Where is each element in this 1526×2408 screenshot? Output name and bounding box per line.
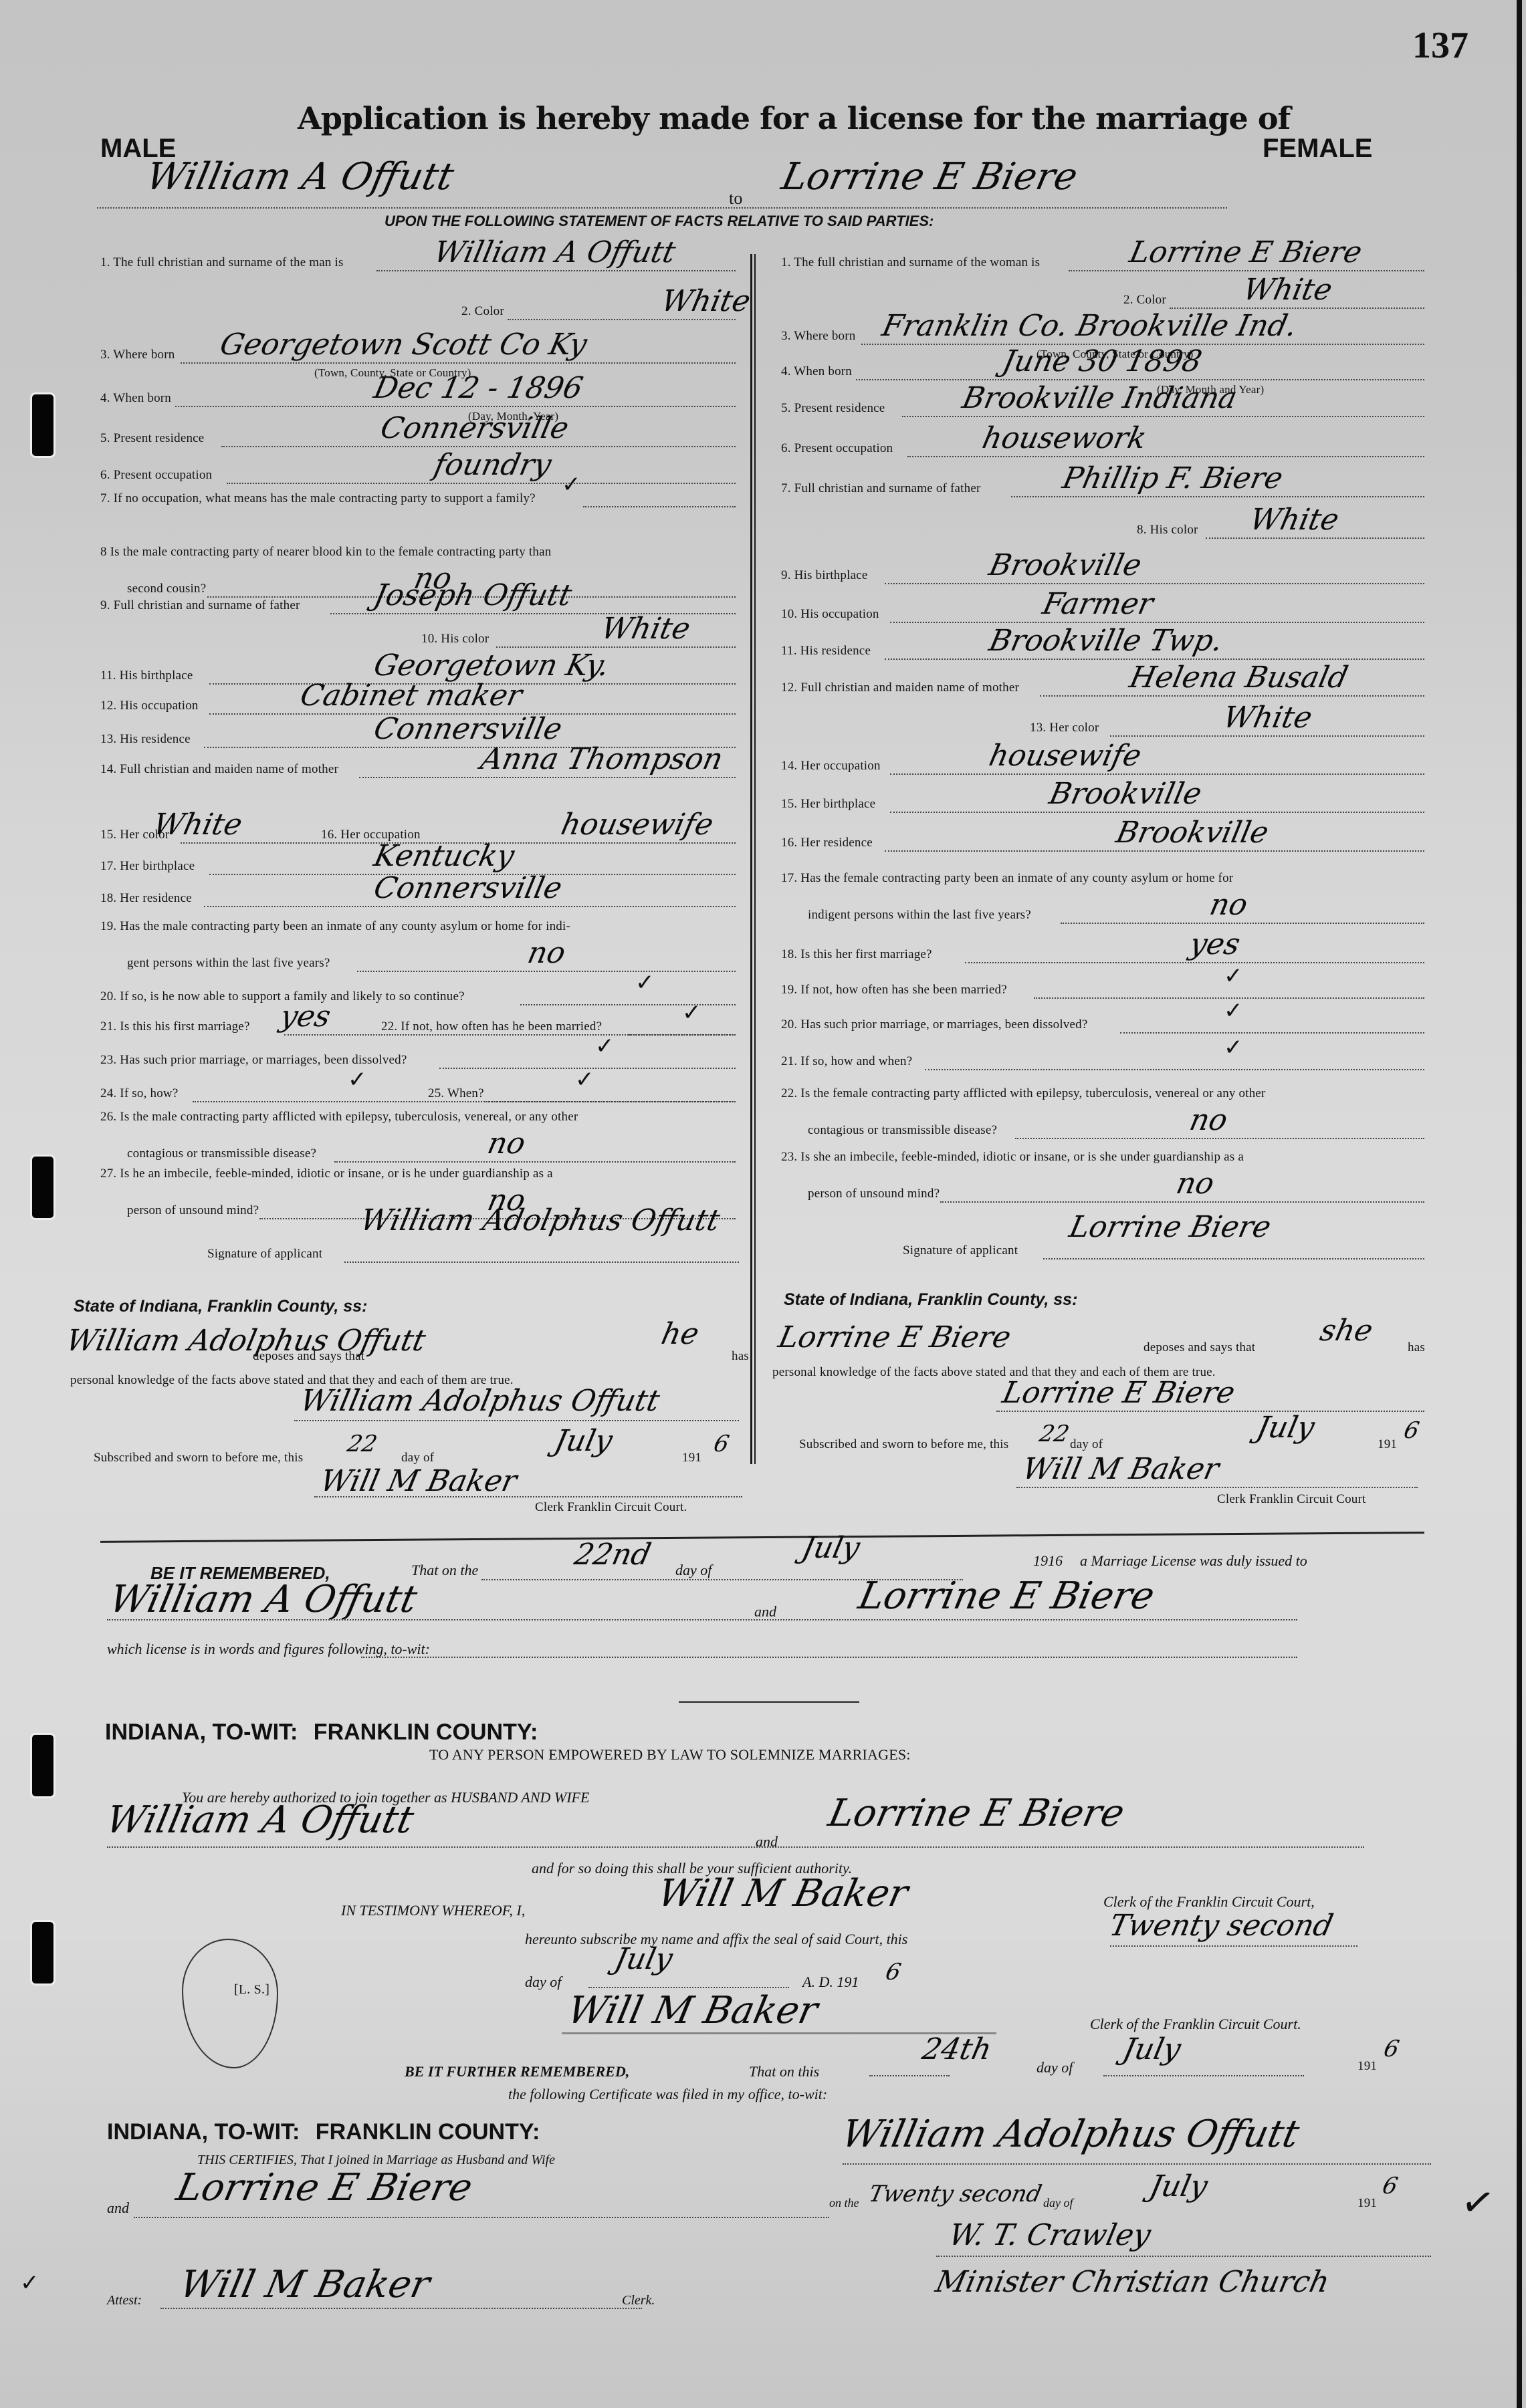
male-q18-value: Connersville	[371, 871, 565, 905]
male-q9-value: Joseph Offutt	[371, 578, 575, 612]
male-q17-value: Kentucky	[371, 839, 518, 873]
male-q18-label: 18. Her residence	[100, 891, 192, 906]
male-q5-label: 5. Present residence	[100, 431, 204, 446]
column-divider	[750, 254, 752, 1464]
affidavit-male-signature: William Adolphus Offutt	[298, 1384, 663, 1418]
female-q20-label: 20. Has such prior marriage, or marriage…	[781, 1017, 1087, 1032]
affidavit-line	[996, 1411, 1424, 1412]
header-line	[97, 207, 1227, 209]
male-q1-value: William A Offutt	[431, 235, 679, 269]
male-q4-label: 4. When born	[100, 391, 171, 406]
affidavit-female-dayof: day of	[1070, 1437, 1103, 1452]
remembered-dayof: day of	[675, 1562, 712, 1579]
certificate-heading: INDIANA, TO-WIT: FRANKLIN COUNTY:	[107, 2119, 540, 2145]
fill-line	[965, 962, 1424, 963]
fill-line	[344, 1261, 739, 1263]
remembered-month: July	[799, 1531, 863, 1565]
affidavit-female-heading: State of Indiana, Franklin County, ss:	[784, 1290, 1077, 1310]
affidavit-male-text1: deposes and says that	[253, 1349, 364, 1364]
male-q26-value: no	[485, 1126, 529, 1161]
affidavit-male-has: has	[732, 1349, 749, 1364]
fill-line	[181, 362, 736, 364]
male-signature-label: Signature of applicant	[207, 1247, 322, 1261]
female-q2-value: White	[1240, 273, 1335, 307]
fill-line	[376, 270, 736, 271]
license-to-any: TO ANY PERSON EMPOWERED BY LAW TO SOLEMN…	[429, 1746, 911, 1764]
further-day: 24th	[919, 2032, 995, 2066]
male-q17-label: 17. Her birthplace	[100, 859, 195, 874]
female-q10-value: Farmer	[1040, 587, 1156, 621]
male-q9-label: 9. Full christian and surname of father	[100, 598, 300, 613]
female-q4-value: June 30 1898	[1000, 344, 1205, 378]
female-q9-value: Brookville	[986, 548, 1145, 582]
further-month: July	[1120, 2032, 1184, 2066]
male-q11-value: Georgetown Ky.	[371, 648, 613, 683]
fill-line	[885, 850, 1424, 852]
remembered-issued: a Marriage License was duly issued to	[1080, 1552, 1307, 1570]
certificate-male: William Adolphus Offutt	[838, 2113, 1303, 2156]
affidavit-male-year: 191	[682, 1451, 701, 1465]
male-q8-label: 8 Is the male contracting party of neare…	[100, 545, 551, 560]
fill-line	[583, 506, 736, 507]
fill-line	[520, 1004, 736, 1005]
male-q21-value: yes	[278, 999, 334, 1034]
female-q5-label: 5. Present residence	[781, 401, 885, 416]
binder-tab	[32, 1735, 53, 1796]
certificate-month: July	[1147, 2169, 1211, 2203]
male-q16-value: housewife	[558, 808, 717, 842]
female-q6-label: 6. Present occupation	[781, 441, 893, 456]
certificate-female: Lorrine E Biere	[173, 2166, 476, 2209]
male-q20-label: 20. If so, is he now able to support a f…	[100, 989, 465, 1004]
fill-line	[485, 1101, 736, 1102]
male-q23-value: ✓	[595, 1033, 615, 1060]
male-q24-value: ✓	[348, 1066, 367, 1093]
certificate-clerk-signature: Will M Baker	[176, 2263, 433, 2306]
female-q22-value: no	[1187, 1103, 1231, 1137]
female-q17-value: no	[1207, 888, 1251, 922]
female-q12-label: 12. Full christian and maiden name of mo…	[781, 681, 1019, 695]
affidavit-female-year: 191	[1378, 1437, 1397, 1452]
female-q6-value: housework	[980, 421, 1150, 455]
check-icon: ✓	[20, 2270, 39, 2296]
affidavit-female-month: July	[1254, 1411, 1318, 1445]
affidavit-female-sworn: Subscribed and sworn to before me, this	[799, 1437, 1008, 1452]
female-q18-value: yes	[1187, 927, 1243, 961]
male-q13-value: Connersville	[371, 712, 565, 746]
fill-line	[221, 446, 736, 447]
affidavit-male-dayof: day of	[401, 1451, 434, 1465]
male-q27-label: 27. Is he an imbecile, feeble-minded, id…	[100, 1167, 553, 1181]
male-q14-label: 14. Full christian and maiden name of mo…	[100, 762, 338, 777]
fill-line	[204, 906, 736, 907]
male-q12-label: 12. His occupation	[100, 699, 199, 713]
affidavit-female-clerk-signature: Will M Baker	[1020, 1452, 1222, 1486]
female-q15-value: Brookville	[1047, 777, 1205, 811]
male-q13-label: 13. His residence	[100, 732, 191, 747]
binder-tab	[32, 1157, 53, 1218]
fill-line	[890, 773, 1424, 775]
female-q3-value: Franklin Co. Brookville Ind.	[879, 309, 1300, 343]
fill-line	[496, 646, 736, 648]
male-q20-value: ✓	[635, 969, 655, 996]
male-q7-label: 7. If no occupation, what means has the …	[100, 491, 536, 506]
female-label: FEMALE	[1263, 134, 1372, 164]
fill-line	[890, 812, 1424, 813]
female-q2-label: 2. Color	[1123, 293, 1166, 308]
affidavit-male-name: William Adolphus Offutt	[64, 1324, 429, 1358]
license-year-suffix: 6	[883, 1959, 903, 1985]
page-edge	[1517, 0, 1522, 2408]
affidavit-male-pronoun: he	[659, 1317, 702, 1351]
short-rule	[679, 1701, 859, 1703]
license-heading-left: INDIANA, TO-WIT:	[105, 1719, 298, 1745]
certificate-line	[134, 2217, 829, 2218]
affidavit-line	[294, 1420, 739, 1421]
application-title: Application is hereby made for a license…	[298, 100, 1290, 136]
affidavit-male-clerk-title: Clerk Franklin Circuit Court.	[535, 1500, 687, 1515]
affidavit-female-pronoun: she	[1317, 1314, 1376, 1348]
fill-line	[1120, 1032, 1424, 1034]
male-q6-value: foundry	[431, 448, 554, 482]
fill-line	[175, 406, 736, 407]
fill-line	[227, 483, 736, 484]
license-female: Lorrine E Biere	[825, 1792, 1128, 1835]
female-signature: Lorrine Biere	[1067, 1210, 1275, 1244]
fill-line	[885, 658, 1424, 660]
certificate-line	[160, 2308, 642, 2309]
male-q3-label: 3. Where born	[100, 348, 175, 362]
fill-line	[1015, 1138, 1424, 1139]
male-q10-value: White	[598, 612, 693, 646]
license-heading: INDIANA, TO-WIT: FRANKLIN COUNTY:	[105, 1719, 538, 1745]
further-line	[869, 2075, 950, 2076]
female-q7-value: Phillip F. Biere	[1060, 461, 1286, 495]
female-q18-label: 18. Is this her first marriage?	[781, 947, 932, 962]
section-separator	[100, 1532, 1424, 1543]
to-connector: to	[729, 189, 743, 209]
female-q20-value: ✓	[1224, 997, 1243, 1024]
certificate-year-suffix: 6	[1380, 2173, 1400, 2199]
female-q1-value: Lorrine E Biere	[1127, 235, 1366, 269]
male-q26-label2: contagious or transmissible disease?	[127, 1147, 316, 1161]
female-q13-value: White	[1220, 701, 1315, 735]
license-clerk-signature: Will M Baker	[564, 1989, 821, 2032]
female-q1-label: 1. The full christian and surname of the…	[781, 255, 1040, 270]
further-dayof: day of	[1037, 2059, 1073, 2076]
affidavit-male-year-suffix: 6	[712, 1431, 732, 1457]
further-following: the following Certificate was filed in m…	[508, 2086, 827, 2103]
female-q4-label: 4. When born	[781, 364, 852, 379]
certificate-year: 191	[1357, 2196, 1377, 2211]
female-q9-label: 9. His birthplace	[781, 568, 868, 583]
male-name-header: William A Offutt	[142, 155, 457, 199]
male-q19-label: 19. Has the male contracting party been …	[100, 919, 570, 934]
female-q3-label: 3. Where born	[781, 329, 855, 344]
fill-line	[1011, 496, 1424, 497]
certificate-clerk-label: Clerk.	[622, 2293, 655, 2308]
license-clerk-title: Clerk of the Franklin Circuit Court.	[1090, 2016, 1301, 2033]
affidavit-male-sworn: Subscribed and sworn to before me, this	[94, 1451, 303, 1465]
check-icon: ✓	[1457, 2177, 1499, 2229]
remembered-which: which license is in words and figures fo…	[107, 1641, 430, 1658]
fill-line	[1061, 923, 1424, 924]
female-q11-value: Brookville Twp.	[986, 624, 1226, 658]
certificate-heading-left: INDIANA, TO-WIT:	[107, 2119, 300, 2145]
license-line	[1110, 1945, 1357, 1947]
remembered-and: and	[754, 1603, 776, 1620]
male-q24-label: 24. If so, how?	[100, 1086, 178, 1101]
certificate-dayof: day of	[1043, 2196, 1073, 2210]
page-number: 137	[1412, 24, 1468, 67]
female-q22-label: 22. Is the female contracting party affl…	[781, 1086, 1266, 1101]
female-q22-label2: contagious or transmissible disease?	[808, 1123, 997, 1138]
female-q11-label: 11. His residence	[781, 644, 871, 658]
certificate-heading-right: FRANKLIN COUNTY:	[316, 2119, 540, 2145]
fill-line	[856, 379, 1424, 380]
male-q2-label: 2. Color	[461, 304, 504, 319]
remembered-male: William A Offutt	[106, 1578, 421, 1621]
certificate-line	[936, 2256, 1431, 2257]
column-divider	[754, 254, 756, 1464]
male-q3-value: Georgetown Scott Co Ky	[217, 328, 590, 362]
minister-signature: W. T. Crawley	[946, 2218, 1154, 2252]
male-q27-label2: person of unsound mind?	[127, 1203, 259, 1218]
further-that: That on this	[749, 2063, 819, 2080]
female-q7-label: 7. Full christian and surname of father	[781, 481, 981, 496]
clerk-line	[314, 1496, 742, 1497]
license-clerk: Will M Baker	[654, 1872, 911, 1915]
female-q23-label: 23. Is she an imbecile, feeble-minded, i…	[781, 1150, 1244, 1165]
male-q2-value: White	[659, 284, 754, 318]
affidavit-male-day: 22	[345, 1431, 380, 1457]
remembered-that: That on the	[411, 1562, 478, 1579]
male-q6-label: 6. Present occupation	[100, 468, 212, 483]
female-q16-label: 16. Her residence	[781, 836, 873, 850]
female-q14-label: 14. Her occupation	[781, 759, 881, 773]
fill-line	[1110, 735, 1424, 737]
affidavit-female-name: Lorrine E Biere	[776, 1320, 1014, 1354]
male-q1-label: 1. The full christian and surname of the…	[100, 255, 344, 270]
statement-subtitle: UPON THE FOLLOWING STATEMENT OF FACTS RE…	[385, 213, 934, 230]
affidavit-female-signature: Lorrine E Biere	[1000, 1376, 1238, 1410]
remembered-line	[361, 1657, 1297, 1658]
license-month: July	[612, 1942, 676, 1976]
male-q7-value: ✓	[562, 471, 581, 498]
fill-line	[629, 1034, 736, 1036]
female-signature-label: Signature of applicant	[903, 1243, 1018, 1258]
male-q11-label: 11. His birthplace	[100, 669, 193, 683]
fill-line	[359, 777, 736, 778]
fill-line	[508, 319, 736, 320]
male-q21-label: 21. Is this his first marriage?	[100, 1019, 250, 1034]
affidavit-female-year-suffix: 6	[1402, 1417, 1422, 1444]
male-q19-label2: gent persons within the last five years?	[127, 956, 330, 971]
license-heading-right: FRANKLIN COUNTY:	[314, 1719, 538, 1745]
remembered-female: Lorrine E Biere	[855, 1574, 1158, 1618]
binder-tab	[32, 394, 53, 456]
female-q8-value: White	[1247, 503, 1342, 537]
female-q23-label2: person of unsound mind?	[808, 1187, 940, 1201]
affidavit-male-clerk-signature: Will M Baker	[318, 1464, 520, 1498]
fill-line	[885, 583, 1424, 584]
fill-line	[925, 1069, 1424, 1070]
male-q4-value: Dec 12 - 1896	[371, 371, 586, 405]
fill-line	[334, 1161, 736, 1163]
male-q14-value: Anna Thompson	[478, 742, 726, 776]
fill-line	[907, 456, 1424, 457]
further-year: 191	[1357, 2059, 1377, 2074]
further-line	[1103, 2075, 1304, 2076]
male-q10-label: 10. His color	[421, 632, 489, 646]
clerk-line	[1016, 1487, 1418, 1488]
male-signature: William Adolphus Offutt	[358, 1203, 723, 1237]
license-male: William A Offutt	[102, 1798, 417, 1842]
affidavit-female-text1: deposes and says that	[1143, 1340, 1255, 1355]
female-q14-value: housewife	[986, 739, 1145, 773]
license-day-words: Twenty second	[1107, 1909, 1336, 1943]
remembered-line	[107, 1619, 1297, 1620]
year-prefix: 191	[1378, 1437, 1397, 1451]
certificate-line	[843, 2163, 1431, 2165]
fill-line	[890, 622, 1424, 623]
license-line	[107, 1846, 1364, 1848]
female-q15-label: 15. Her birthplace	[781, 797, 875, 812]
license-dayof: day of	[525, 1973, 561, 1991]
male-q8-label2: second cousin?	[127, 582, 206, 596]
male-q22-label: 22. If not, how often has he been marrie…	[381, 1019, 602, 1034]
female-q12-value: Helena Busald	[1127, 660, 1351, 695]
remembered-day: 22nd	[572, 1538, 654, 1572]
further-year-suffix: 6	[1382, 2036, 1402, 2062]
minister-title: Minister Christian Church	[933, 2265, 1333, 2299]
male-q26-label: 26. Is the male contracting party afflic…	[100, 1110, 578, 1124]
affidavit-female-day: 22	[1037, 1421, 1072, 1447]
female-q8-label: 8. His color	[1137, 523, 1198, 537]
year-prefix: 191	[682, 1451, 701, 1465]
male-q19-value: no	[525, 936, 569, 970]
female-q10-label: 10. His occupation	[781, 607, 879, 622]
male-q25-value: ✓	[575, 1066, 594, 1093]
remembered-year: 1916	[1033, 1552, 1063, 1570]
fill-line	[940, 1201, 1424, 1203]
female-q19-value: ✓	[1224, 963, 1243, 989]
certificate-on-the: on the	[829, 2196, 859, 2210]
fill-line	[1043, 1258, 1424, 1259]
affidavit-male-heading: State of Indiana, Franklin County, ss:	[74, 1297, 367, 1316]
male-q23-label: 23. Has such prior marriage, or marriage…	[100, 1053, 407, 1068]
court-seal	[182, 1939, 278, 2068]
male-q12-value: Cabinet maker	[298, 679, 526, 713]
female-q17-label: 17. Has the female contracting party bee…	[781, 871, 1233, 886]
affidavit-female-has: has	[1408, 1340, 1425, 1355]
seal-label: [L. S.]	[234, 1982, 269, 1998]
female-q23-value: no	[1174, 1167, 1218, 1201]
certificate-day-words: Twenty second	[867, 2181, 1045, 2207]
female-name-header: Lorrine E Biere	[778, 155, 1081, 199]
binder-tab	[32, 1922, 53, 1983]
license-hereunto: hereunto subscribe my name and affix the…	[525, 1931, 907, 1948]
fill-line	[1069, 270, 1424, 271]
affidavit-female-clerk-title: Clerk Franklin Circuit Court	[1217, 1492, 1366, 1507]
female-q13-label: 13. Her color	[1030, 721, 1099, 735]
fill-line	[357, 971, 736, 972]
fill-line	[1206, 537, 1424, 539]
affidavit-male-month: July	[552, 1424, 616, 1458]
female-q21-label: 21. If so, how and when?	[781, 1054, 912, 1069]
male-q5-value: Connersville	[378, 411, 572, 445]
certificate-attest: Attest:	[107, 2293, 142, 2308]
female-q17-label2: indigent persons within the last five ye…	[808, 908, 1031, 923]
license-and: and	[756, 1833, 778, 1850]
male-q25-label: 25. When?	[428, 1086, 484, 1101]
female-q16-value: Brookville	[1113, 816, 1272, 850]
fill-line	[902, 416, 1424, 417]
license-line	[588, 1987, 789, 1988]
license-testimony: IN TESTIMONY WHEREOF, I,	[341, 1902, 525, 1919]
male-q22-value: ✓	[682, 999, 701, 1026]
male-q15-value: White	[150, 808, 245, 842]
female-q21-value: ✓	[1224, 1034, 1243, 1061]
fill-line	[1040, 695, 1424, 697]
female-q19-label: 19. If not, how often has she been marri…	[781, 983, 1007, 997]
certificate-and: and	[107, 2199, 129, 2217]
further-label: BE IT FURTHER REMEMBERED,	[405, 2063, 629, 2080]
female-q5-value: Brookville Indiana	[960, 381, 1240, 415]
